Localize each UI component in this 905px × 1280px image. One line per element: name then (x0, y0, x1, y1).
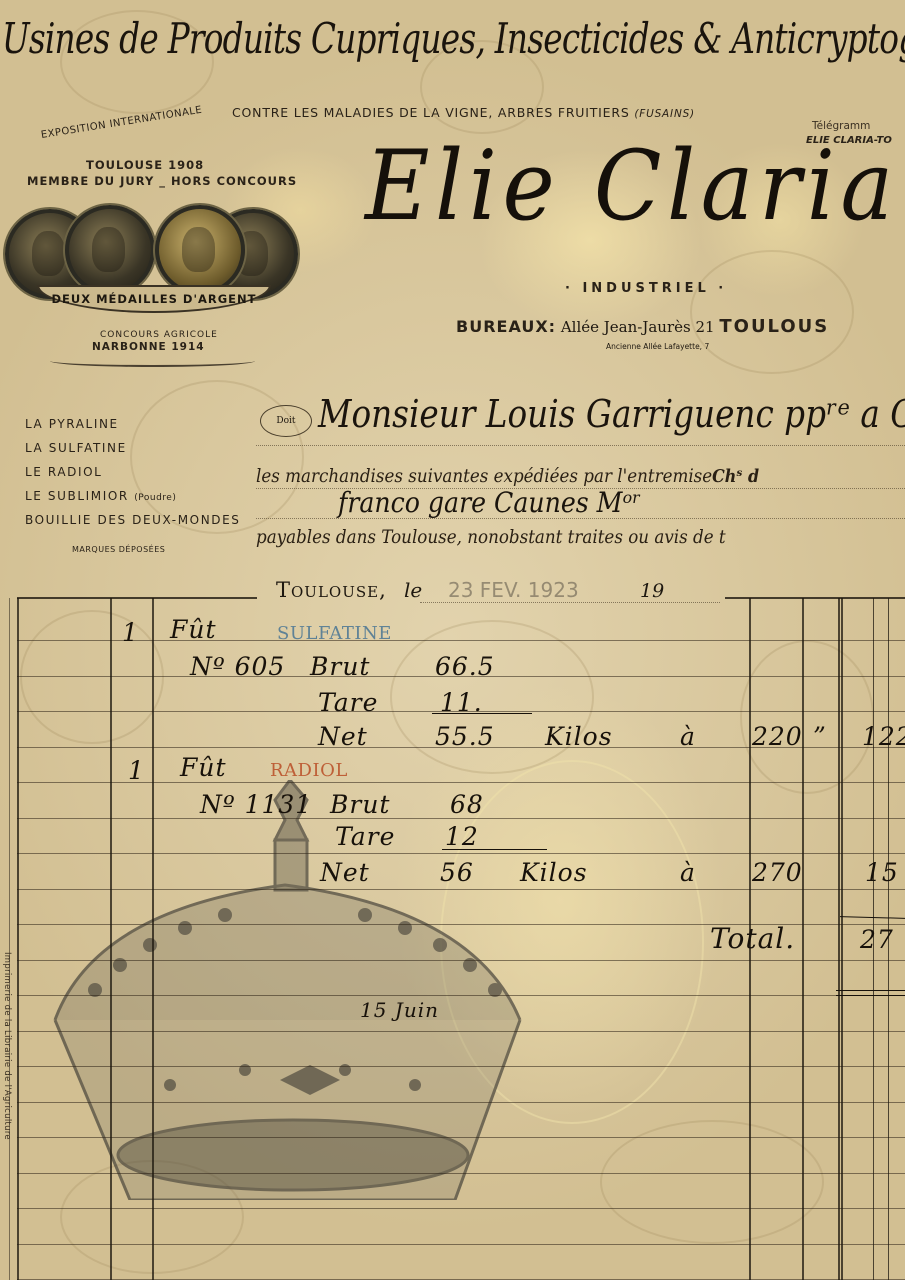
total-label: Total. (710, 922, 795, 955)
trademark-note: MARQUES DÉPOSÉES (72, 545, 165, 554)
entry-item: Fût (180, 753, 227, 782)
net-label: Net (318, 722, 368, 751)
total-value: 27 (860, 925, 894, 954)
entry-qty: 1 (122, 618, 139, 647)
product-list: LA PYRALINELA SULFATINELE RADIOLLE SUBLI… (25, 417, 241, 537)
brut-value: 66.5 (435, 652, 495, 681)
payment-terms: payables dans Toulouse, nonobstant trait… (256, 526, 726, 548)
brut-label: Brut (310, 652, 370, 681)
product-name: LE SUBLIMIOR (25, 489, 129, 503)
address-rule (256, 518, 905, 519)
year-prefix: 19 (640, 580, 664, 602)
product-stamp: RADIOL (270, 760, 348, 781)
product-name: LA PYRALINE (25, 417, 119, 431)
net-label: Net (320, 858, 370, 887)
product-note: (Poudre) (134, 493, 176, 503)
barrel-number: Nº 1131 (200, 790, 312, 819)
award-ribbon: DEUX MÉDAILLES D'ARGENT (37, 285, 271, 313)
date-rule (420, 602, 720, 603)
medals-emblem: DEUX MÉDAILLES D'ARGENT (3, 205, 298, 315)
unit-label: Kilos (520, 858, 588, 887)
product-stamp: SULFATINE (277, 623, 392, 644)
date-city: Toulouse, (276, 578, 387, 602)
at-label: à (680, 722, 696, 751)
owner-title: · INDUSTRIEL · (565, 281, 727, 296)
at-label: à (680, 858, 696, 887)
ornament-flourish (690, 250, 854, 374)
goods-text: les marchandises suivantes expédiées par… (256, 465, 712, 487)
line-amount: 122 (862, 722, 905, 751)
address-rule (256, 445, 905, 446)
goods-line: les marchandises suivantes expédiées par… (256, 465, 759, 487)
owner-name: Elie Claria (365, 130, 899, 242)
subtitle-note: (FUSAINS) (634, 108, 695, 120)
ornament-flourish (20, 610, 164, 744)
date-stamp: 23 FEV. 1923 (448, 578, 579, 602)
total-double-rule (836, 990, 905, 991)
total-double-rule (836, 995, 905, 996)
address-street: Allée Jean-Jaurès 21 (561, 318, 715, 336)
product-name: LA SULFATINE (25, 441, 127, 455)
product-name: LE RADIOL (25, 465, 102, 479)
product-item: LE RADIOL (25, 465, 241, 489)
unit-label: Kilos (545, 722, 613, 751)
entry-qty: 1 (128, 756, 145, 785)
narbonne-label: NARBONNE 1914 (92, 341, 205, 353)
address-city: TOULOUS (719, 316, 829, 337)
product-item: LE SUBLIMIOR (Poudre) (25, 489, 241, 513)
exposition-city: TOULOUSE 1908 (86, 158, 204, 172)
brut-label: Brut (330, 790, 390, 819)
net-value: 56 (440, 858, 474, 887)
company-title: Usines de Produits Cupriques, Insecticid… (2, 14, 905, 63)
medal-icon (155, 205, 245, 295)
printer-imprint: Imprimerie de la Librairie de l'Agricult… (2, 952, 12, 1280)
product-item: BOUILLIE DES DEUX-MONDES (25, 513, 241, 537)
unit-price: 270 (752, 858, 803, 887)
office-address: BUREAUX: Allée Jean-Jaurès 21 TOULOUS (456, 316, 829, 337)
subtitle-text: CONTRE LES MALADIES DE LA VIGNE, ARBRES … (232, 105, 630, 120)
date-le: le (404, 578, 422, 602)
medal-icon (65, 205, 155, 295)
delivery-terms: franco gare Caunes Mᵒʳ (338, 486, 641, 519)
address-label: BUREAUX: (456, 317, 556, 336)
line-amount: 15 (865, 858, 899, 887)
former-address: Ancienne Allée Lafayette, 7 (606, 342, 709, 351)
product-item: LA PYRALINE (25, 417, 241, 441)
brut-value: 68 (450, 790, 484, 819)
concours-label: CONCOURS AGRICOLE (100, 330, 218, 340)
entry-item: Fût (170, 615, 217, 644)
tare-underline (442, 849, 547, 850)
ornament-flourish (600, 1120, 824, 1244)
unit-price: 220 (752, 722, 803, 751)
barrel-number: Nº 605 (190, 652, 285, 681)
tare-underline (432, 713, 532, 714)
doit-badge: Doit (260, 405, 312, 437)
scroll-ornament (50, 355, 255, 367)
price-suffix: ” (813, 722, 827, 751)
carrier-name: Chˢ d (712, 466, 759, 487)
tare-value: 12 (445, 822, 479, 851)
net-value: 55.5 (435, 722, 495, 751)
product-item: LA SULFATINE (25, 441, 241, 465)
recipient-name: Monsieur Louis Garriguenc ppʳᵉ a Cau (318, 392, 905, 436)
tare-label: Tare (335, 822, 395, 851)
payment-note: 15 Juin (360, 998, 439, 1022)
tare-label: Tare (318, 688, 378, 717)
company-subtitle: CONTRE LES MALADIES DE LA VIGNE, ARBRES … (232, 105, 695, 120)
product-name: BOUILLIE DES DEUX-MONDES (25, 513, 241, 527)
jury-label: MEMBRE DU JURY _ HORS CONCOURS (27, 174, 297, 188)
ornament-flourish (740, 640, 874, 794)
